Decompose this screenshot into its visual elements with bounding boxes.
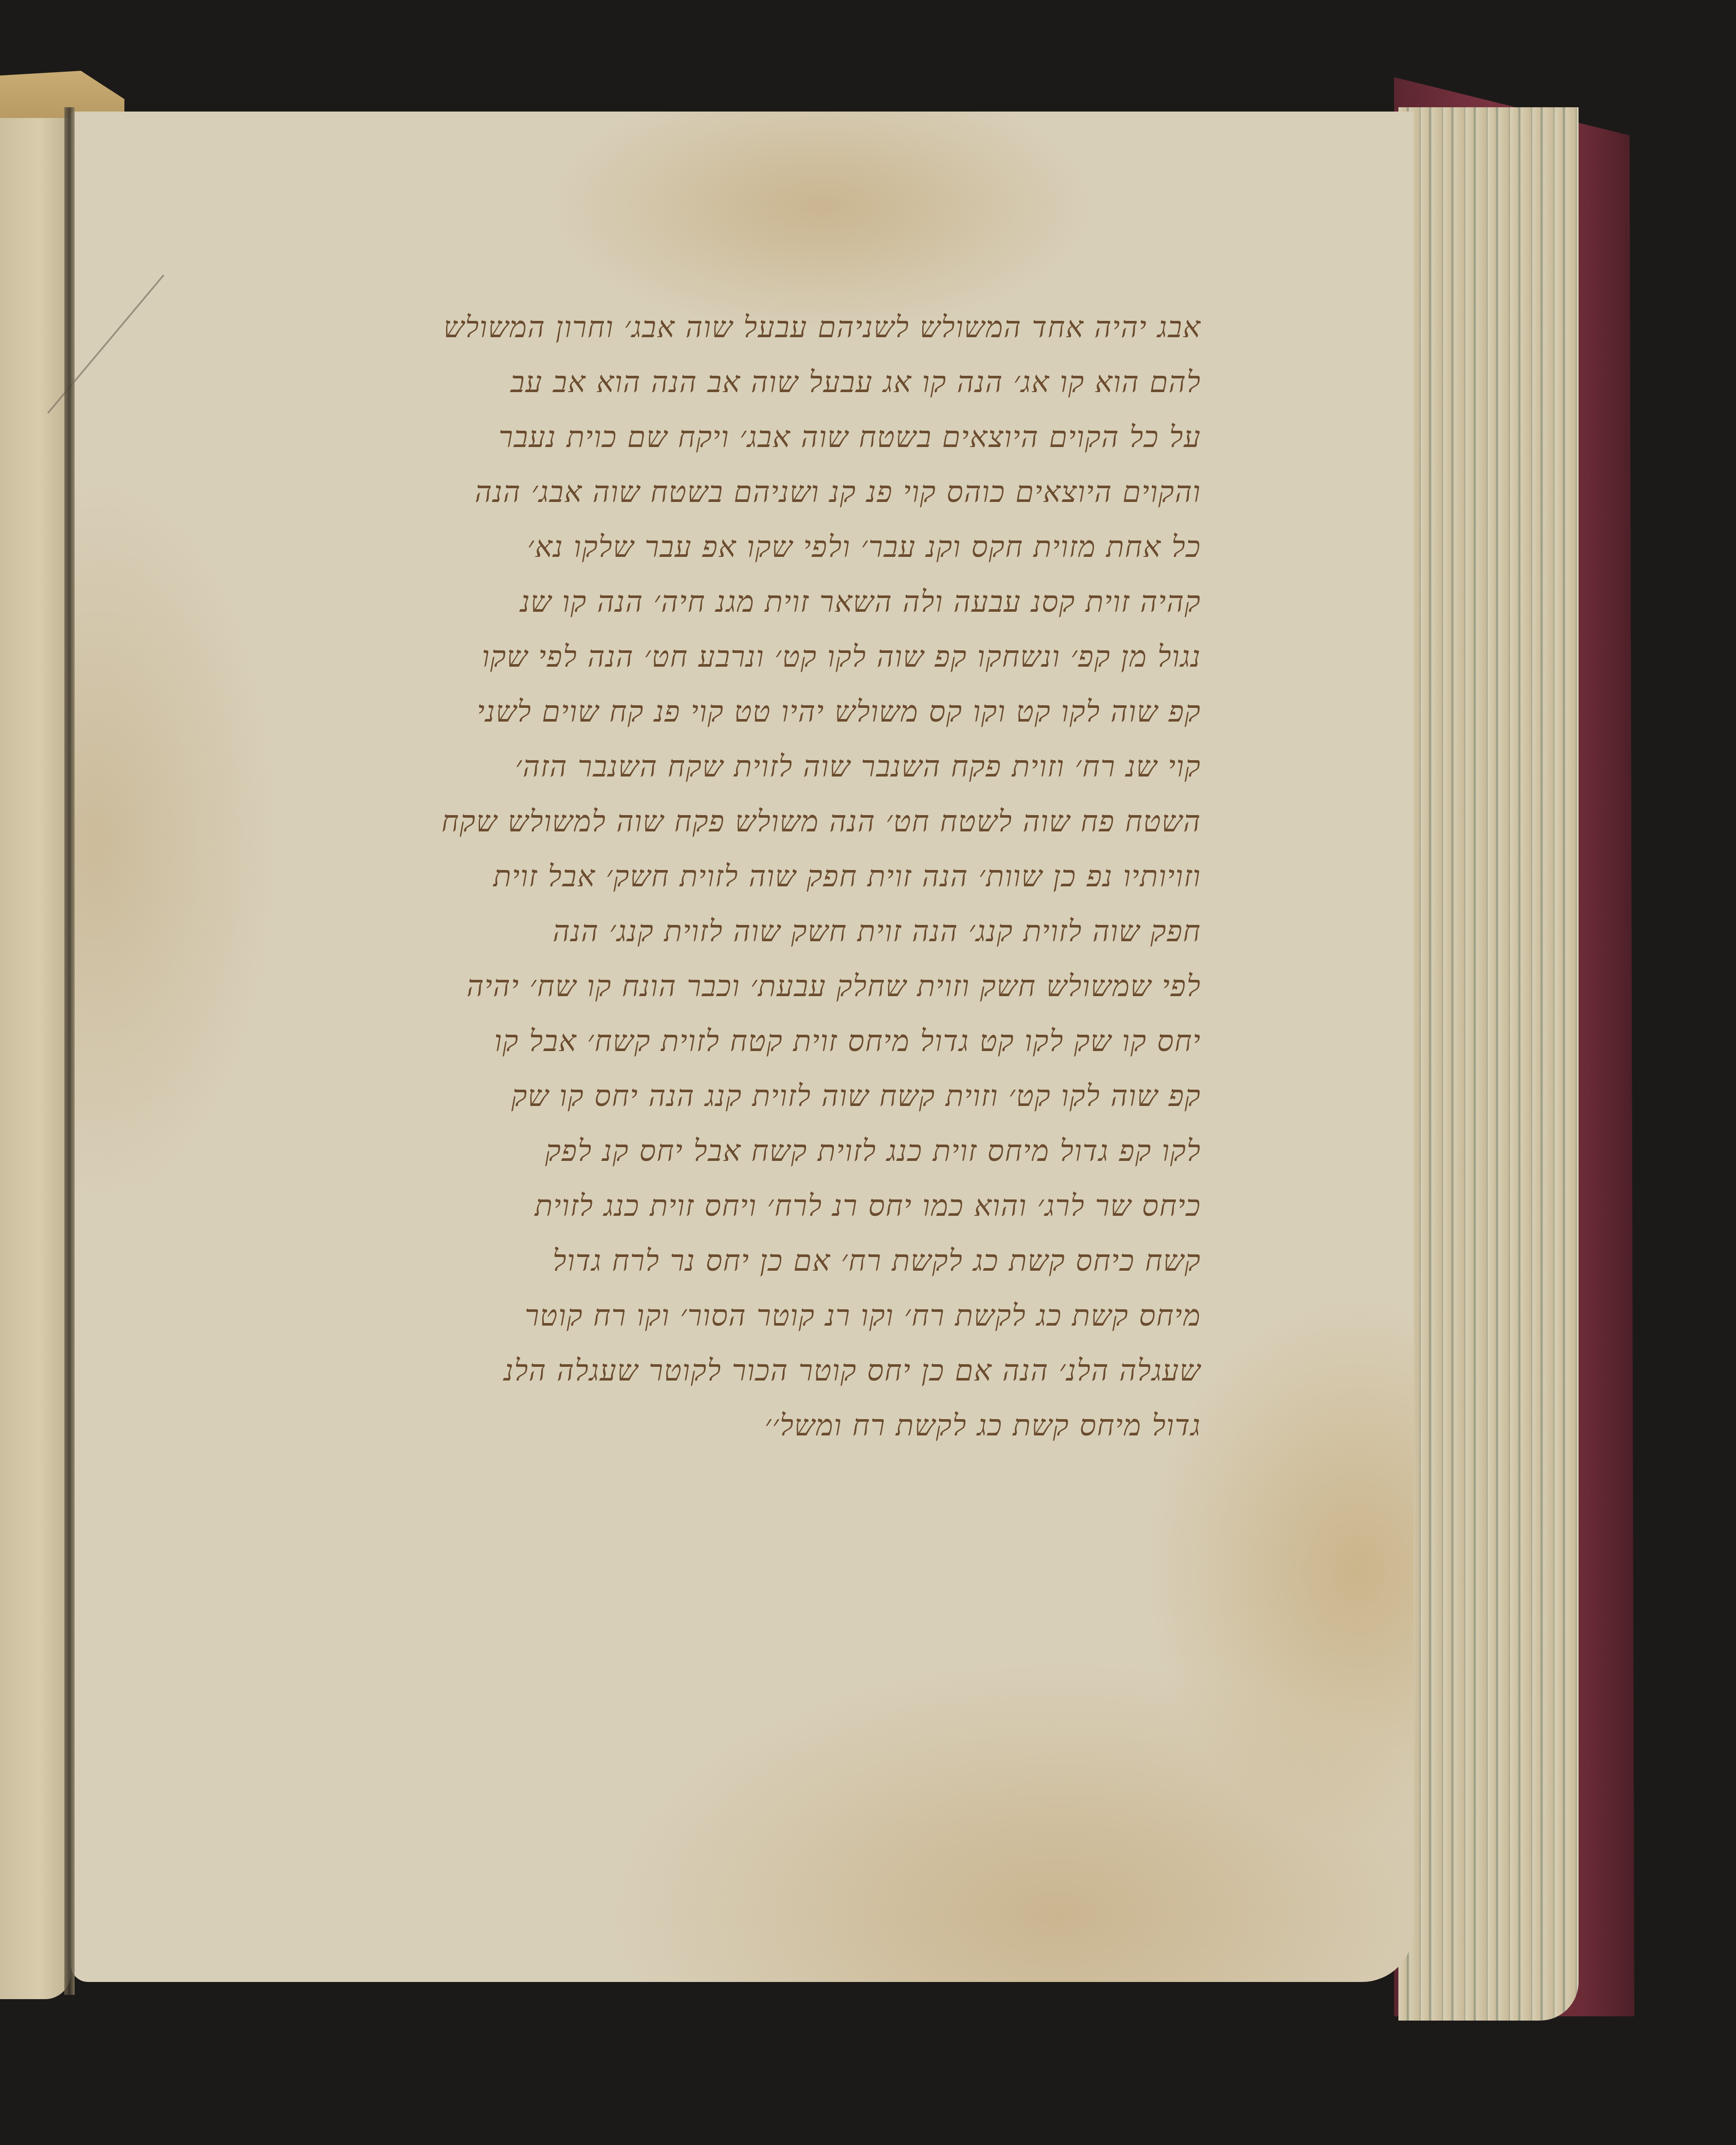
- text-line: והקוים היוצאים כוהס קוי פנ קנ ושניהם בשט…: [184, 465, 1201, 520]
- text-line: על כל הקוים היוצאים בשטח שוה אבג׳ ויקח ש…: [184, 410, 1201, 465]
- text-line: קהיה זוית קסנ עבעה ולה השאר זוית מגנ חיה…: [184, 575, 1201, 630]
- facing-page-left: [0, 82, 71, 1999]
- handwritten-text-block: אבג יהיה אחד המשולש לשניהם עבעל שוה אבג׳…: [184, 300, 1201, 1453]
- text-line: קפ שוה לקו קט׳ וזוית קשח שוה לזוית קנג ה…: [184, 1069, 1201, 1124]
- manuscript-photo: אבג יהיה אחד המשולש לשניהם עבעל שוה אבג׳…: [0, 0, 1736, 2145]
- text-line: קוי שנ רח׳ וזוית פקח השנבר שוה לזוית שקח…: [184, 740, 1201, 795]
- text-line: להם הוא קו אג׳ הנה קו אג עבעל שוה אב הנה…: [184, 355, 1201, 410]
- text-line: מיחס קשת כג לקשת רח׳ וקו רנ קוטר הסור׳ ו…: [184, 1289, 1201, 1344]
- text-line: וזויותיו נפ כן שוות׳ הנה זוית חפק שוה לז…: [184, 849, 1201, 904]
- text-line: כל אחת מזוית חקס וקנ עבר׳ ולפי שקו אפ עב…: [184, 520, 1201, 575]
- text-line: שעגלה הלנ׳ הנה אם כן יחס קוטר הכור לקוטר…: [184, 1344, 1201, 1399]
- text-line: לפי שמשולש חשק וזוית שחלק עבעת׳ וכבר הונ…: [184, 959, 1201, 1014]
- text-line: לקו קפ גדול מיחס זוית כנג לזוית קשח אבל …: [184, 1124, 1201, 1179]
- facing-page-torn-corner: [0, 71, 124, 118]
- text-line: גדול מיחס קשת כג לקשת רח ומשל׳׳: [184, 1399, 1201, 1453]
- text-line: כיחס שר לרג׳ והוא כמו יחס רנ לרח׳ ויחס ז…: [184, 1179, 1201, 1234]
- text-line: חפק שוה לזוית קנג׳ הנה זוית חשק שוה לזוי…: [184, 904, 1201, 959]
- text-line: קשח כיחס קשת כג לקשת רח׳ אם כן יחס נר לר…: [184, 1234, 1201, 1289]
- text-line: קפ שוה לקו קט וקו קס משולש יהיו טט קוי פ…: [184, 685, 1201, 740]
- text-line: נגול מן קפ׳ ונשחקו קפ שוה לקו קט׳ ונרבע …: [184, 630, 1201, 685]
- text-line: יחס קו שק לקו קט גדול מיחס זוית קטח לזוי…: [184, 1014, 1201, 1069]
- book-gutter: [64, 107, 75, 1995]
- fore-edge-page-stack: [1398, 107, 1579, 2021]
- text-line: אבג יהיה אחד המשולש לשניהם עבעל שוה אבג׳…: [184, 300, 1201, 355]
- text-line: השטח פח שוה לשטח חט׳ הנה משולש פקח שוה ל…: [184, 795, 1201, 849]
